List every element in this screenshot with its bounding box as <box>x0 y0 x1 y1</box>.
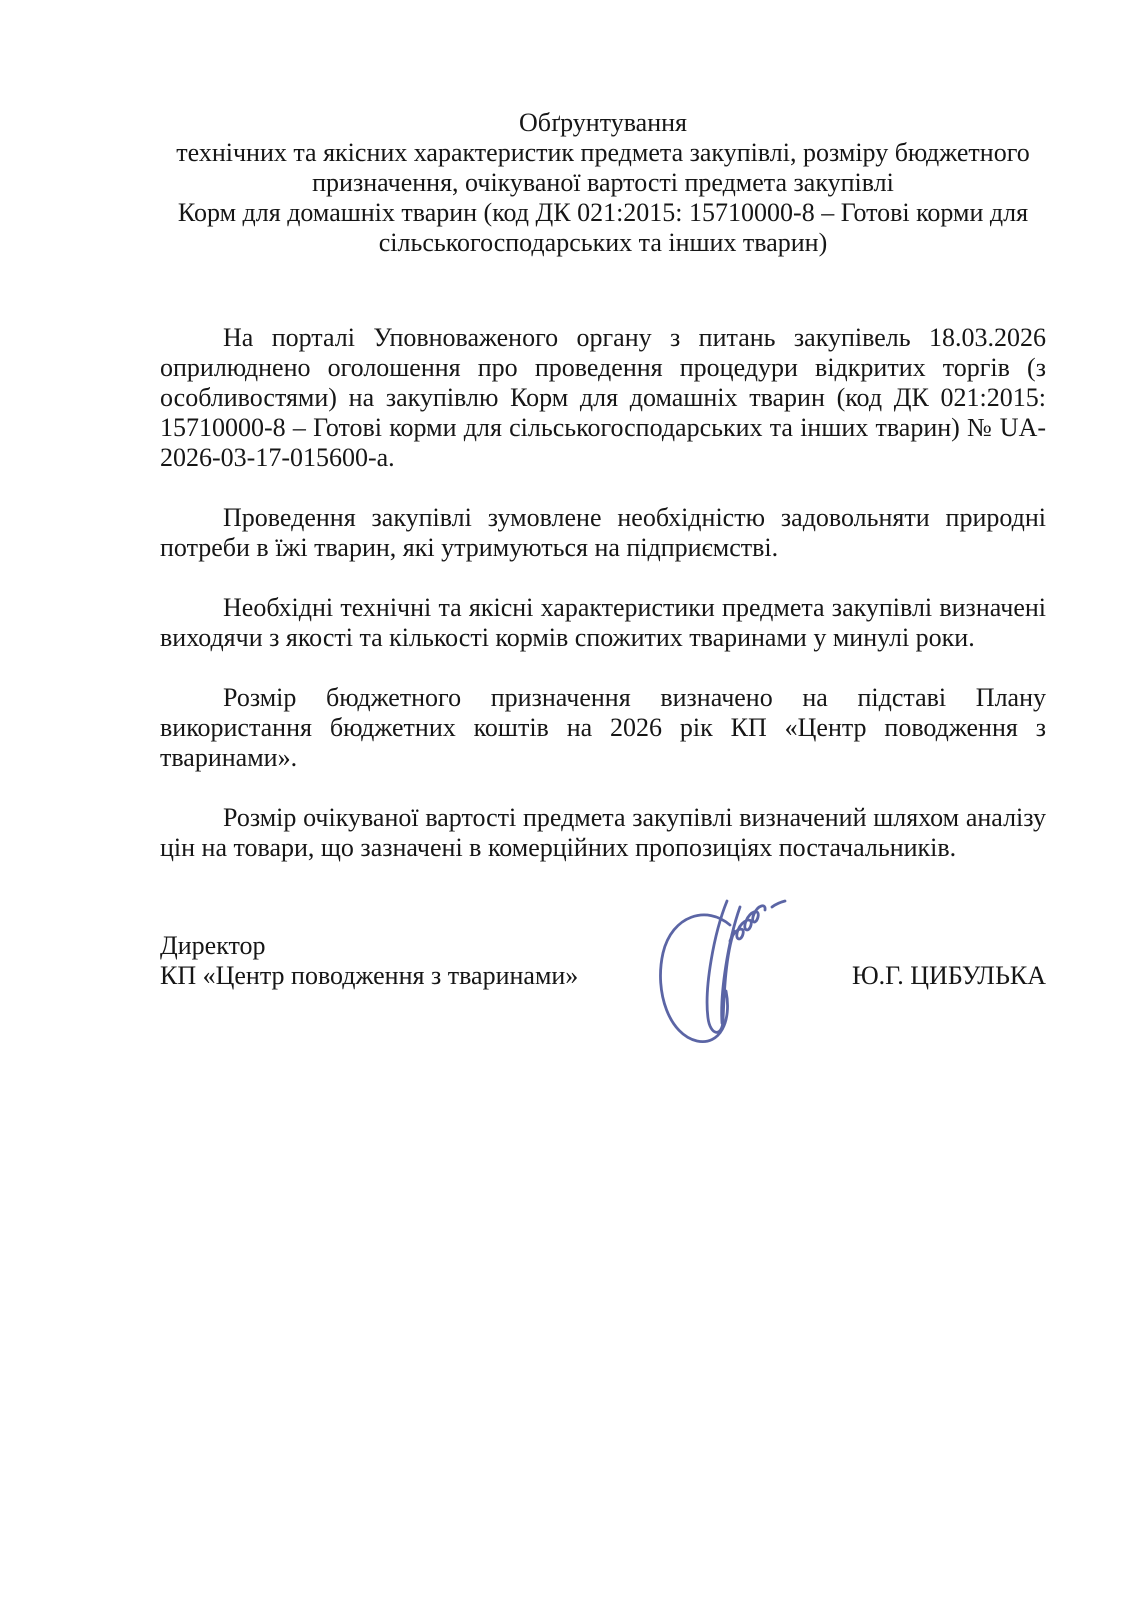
document-title: Обґрунтування технічних та якісних харак… <box>160 108 1046 258</box>
paragraph-budget: Розмір бюджетного призначення визначено … <box>160 683 1046 773</box>
paragraph-expected-value: Розмір очікуваної вартості предмета заку… <box>160 803 1046 863</box>
paragraph-technical-characteristics: Необхідні технічні та якісні характерист… <box>160 593 1046 653</box>
signatory-organization: КП «Центр поводження з тваринами» <box>160 961 578 991</box>
signatory-role-title: Директор <box>160 931 578 961</box>
handwritten-signature-icon <box>652 893 787 1048</box>
signatory-role: Директор КП «Центр поводження з тваринам… <box>160 931 578 991</box>
document-content: Обґрунтування технічних та якісних харак… <box>160 0 1046 991</box>
paragraph-announcement: На порталі Уповноваженого органу з питан… <box>160 323 1046 473</box>
title-line-3: Корм для домашніх тварин (код ДК 021:201… <box>160 198 1046 258</box>
signature-block: Директор КП «Центр поводження з тваринам… <box>160 931 1046 991</box>
signatory-name: Ю.Г. ЦИБУЛЬКА <box>852 961 1046 991</box>
paragraph-purpose: Проведення закупівлі зумовлене необхідні… <box>160 503 1046 563</box>
title-line-2: технічних та якісних характеристик предм… <box>160 138 1046 198</box>
document-page: Обґрунтування технічних та якісних харак… <box>0 0 1131 1600</box>
title-line-1: Обґрунтування <box>160 108 1046 138</box>
document-body: На порталі Уповноваженого органу з питан… <box>160 323 1046 863</box>
